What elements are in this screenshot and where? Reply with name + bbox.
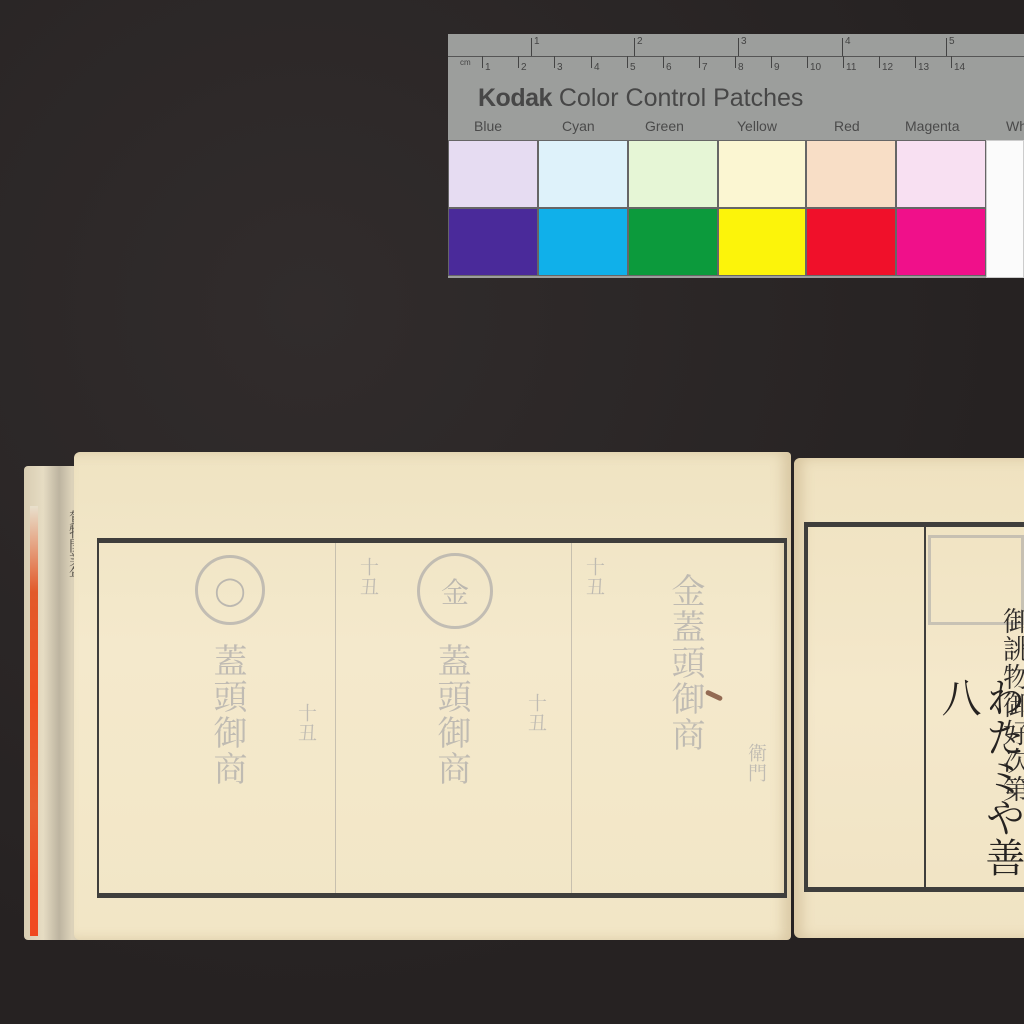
patch-white bbox=[986, 140, 1024, 278]
kodak-color-chart: 1 2 3 4 5 cm 1 2 3 4 5 6 7 8 9 10 11 12 … bbox=[448, 34, 1024, 278]
ghost-text-column: 十丑 bbox=[583, 557, 605, 597]
patch-blue bbox=[448, 208, 538, 276]
cm-mark: 7 bbox=[702, 62, 708, 73]
patch-label: Magenta bbox=[905, 118, 959, 134]
patch-label: Green bbox=[645, 118, 684, 134]
patch-green-light bbox=[628, 140, 718, 208]
inner-rule bbox=[924, 527, 926, 887]
column-divider bbox=[335, 543, 336, 893]
patch-label: Cyan bbox=[562, 118, 595, 134]
cm-mark: 12 bbox=[882, 62, 893, 73]
patch-magenta bbox=[896, 208, 986, 276]
patch-yellow bbox=[718, 208, 806, 276]
cm-mark: 9 bbox=[774, 62, 780, 73]
right-page-frame: 御誂物御好次第 わたミや善八 bbox=[804, 522, 1024, 892]
inch-mark: 2 bbox=[637, 36, 643, 47]
ghost-text-column: 十丑 bbox=[357, 557, 379, 597]
shop-name: わたミや善八 bbox=[936, 677, 1024, 887]
ghost-seal: 金 bbox=[417, 553, 493, 629]
seal-glyph: 金 bbox=[441, 571, 469, 611]
ghost-text-column: 十丑 bbox=[525, 693, 547, 733]
patch-cyan bbox=[538, 208, 628, 276]
brand-name: Kodak bbox=[478, 84, 552, 112]
cm-mark: 11 bbox=[846, 62, 856, 73]
cm-mark: 8 bbox=[738, 62, 744, 73]
patch-red bbox=[806, 208, 896, 276]
color-patches bbox=[448, 140, 1024, 278]
inch-mark: 4 bbox=[845, 36, 851, 47]
patch-label: Yellow bbox=[737, 118, 777, 134]
cm-mark: 1 bbox=[485, 62, 491, 73]
ghost-text-column: 衛門 bbox=[745, 743, 767, 783]
chart-title: Kodak Color Control Patches bbox=[478, 84, 803, 113]
red-page-edge bbox=[30, 506, 38, 936]
inch-mark: 3 bbox=[741, 36, 747, 47]
inch-mark: 5 bbox=[949, 36, 955, 47]
chart-title-text: Color Control Patches bbox=[559, 84, 804, 112]
patch-labels: Blue Cyan Green Yellow Red Magenta Wh bbox=[448, 118, 1024, 138]
cm-label: cm bbox=[460, 58, 471, 67]
cm-mark: 13 bbox=[918, 62, 929, 73]
inch-mark: 1 bbox=[534, 36, 540, 47]
patch-label: Blue bbox=[474, 118, 502, 134]
patch-label: Wh bbox=[1006, 118, 1024, 134]
patch-blue-light bbox=[448, 140, 538, 208]
open-book: 賀物開業年 目録二 ◯ 蓋頭御商 十丑 十丑 金 蓋頭御商 十丑 十丑 金蓋頭御… bbox=[24, 452, 1024, 944]
patch-red-light bbox=[806, 140, 896, 208]
cm-mark: 6 bbox=[666, 62, 672, 73]
column-divider bbox=[571, 543, 572, 893]
cm-mark: 2 bbox=[521, 62, 527, 73]
patch-magenta-light bbox=[896, 140, 986, 208]
cm-mark: 10 bbox=[810, 62, 821, 73]
ghost-text-column: 金蓋頭御商 bbox=[665, 573, 705, 753]
ghost-text-column: 蓋頭御商 bbox=[207, 643, 247, 787]
cm-mark: 4 bbox=[594, 62, 600, 73]
ghost-text-column: 十丑 bbox=[295, 703, 317, 743]
ghost-seal: ◯ bbox=[195, 555, 265, 625]
cm-mark: 14 bbox=[954, 62, 965, 73]
cm-ruler-row: cm 1 2 3 4 5 6 7 8 9 10 11 12 13 14 bbox=[448, 56, 1024, 78]
cm-mark: 3 bbox=[557, 62, 563, 73]
patch-label: Red bbox=[834, 118, 860, 134]
ghost-text-column: 蓋頭御商 bbox=[431, 643, 471, 787]
patch-cyan-light bbox=[538, 140, 628, 208]
left-page-frame: ◯ 蓋頭御商 十丑 十丑 金 蓋頭御商 十丑 十丑 金蓋頭御商 衛門 bbox=[97, 538, 787, 898]
paper-stain bbox=[705, 689, 723, 701]
seal-glyph: ◯ bbox=[214, 574, 245, 607]
patch-yellow-light bbox=[718, 140, 806, 208]
inch-ruler-row: 1 2 3 4 5 bbox=[448, 34, 1024, 57]
cm-mark: 5 bbox=[630, 62, 636, 73]
patch-green bbox=[628, 208, 718, 276]
ruler: 1 2 3 4 5 cm 1 2 3 4 5 6 7 8 9 10 11 12 … bbox=[448, 34, 1024, 78]
